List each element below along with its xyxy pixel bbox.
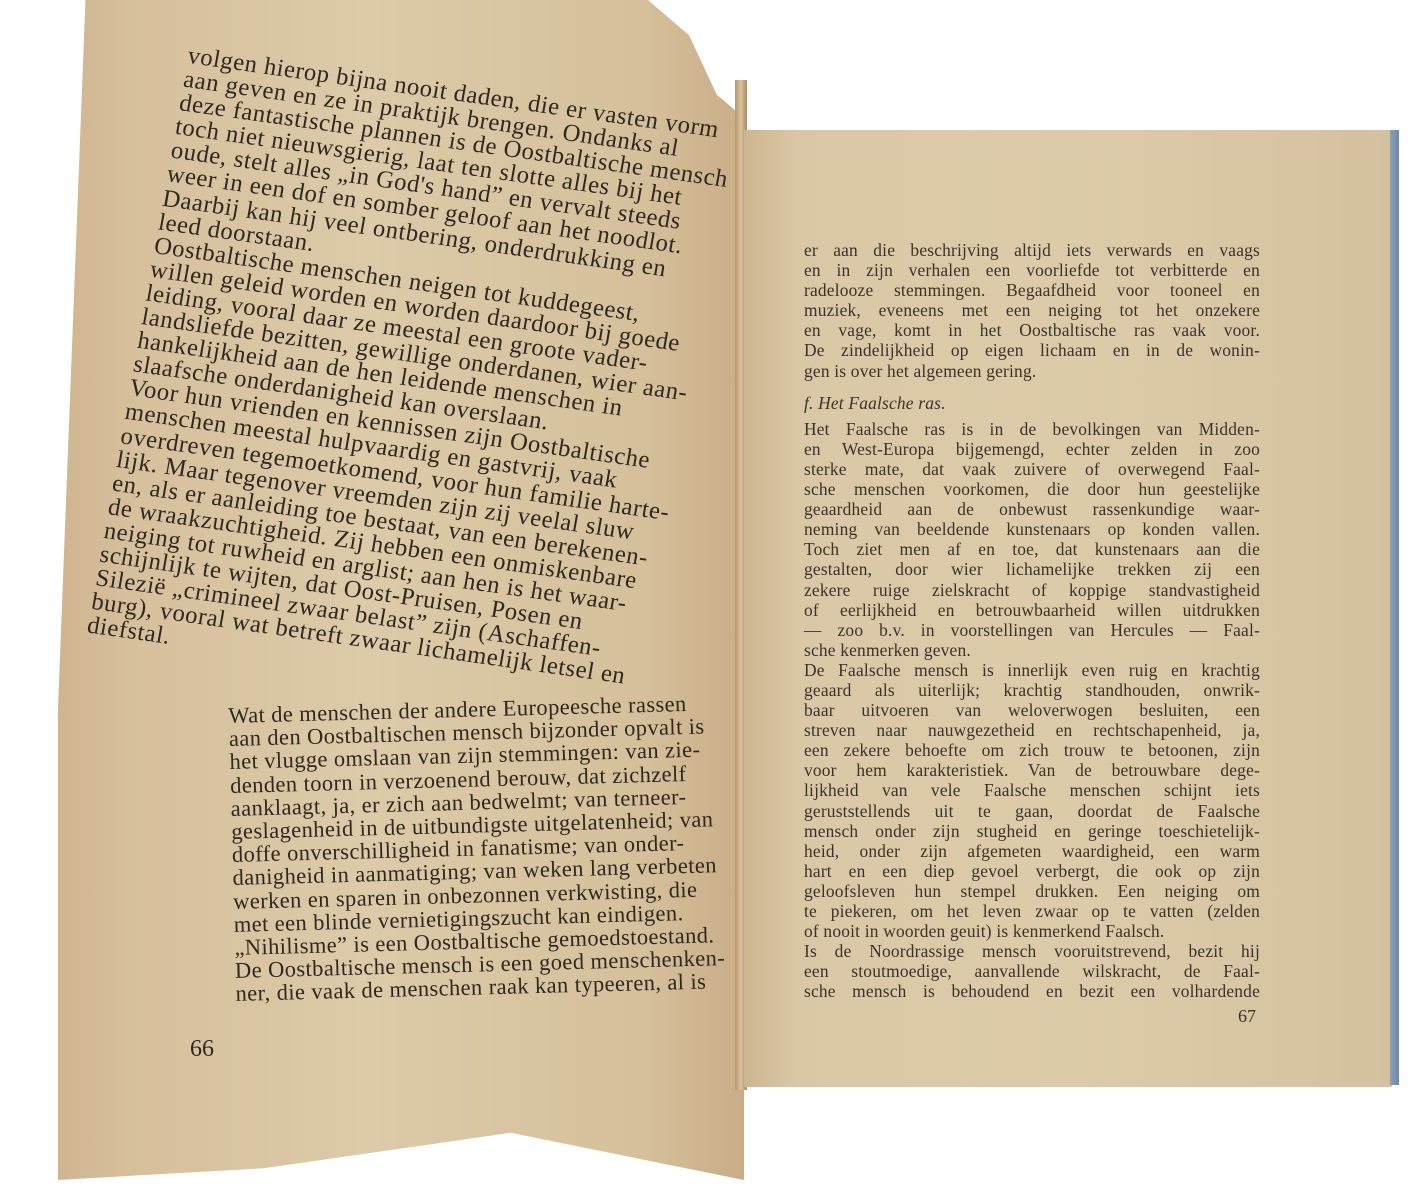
text-line: of nooit in woorden geuit) is kenmerkend… [804,921,1260,941]
text-line: geloofsleven hun stempel drukken. Een ne… [804,881,1260,901]
page-number-left: 66 [190,1036,214,1063]
text-line: baar uitvoeren van weloverwogen besluite… [804,700,1260,720]
text-line: een zekere behoefte om zich trouw te bet… [804,740,1260,760]
page-number-right: 67 [1238,1006,1256,1027]
text-line: De zindelijkheid op eigen lichaam en in … [804,340,1260,360]
text-line: sche kenmerken geven. [804,640,1260,660]
right-page-text: er aan die beschrijving altijd iets verw… [804,240,1260,1001]
text-line: te piekeren, om het leven zwaar op te va… [804,901,1260,921]
text-line: radelooze stemmingen. Begaafdheid voor t… [804,280,1260,300]
text-line: hart en een diep gevoel verbergt, die oo… [804,861,1260,881]
text-line: sche menschen voorkomen, die door hun ge… [804,479,1260,499]
section-heading: f. Het Faalsche ras. [804,393,1260,413]
text-line: voor hem karakteristiek. Van de betrouwb… [804,760,1260,780]
text-line: sche mensch is behoudend en bezit een vo… [804,981,1260,1001]
text-line: zekere ruige zielskracht of koppige stan… [804,580,1260,600]
text-line: een stoutmoedige, aanvallende wilskracht… [804,961,1260,981]
left-page-text-block-2: Wat de menschen der andere Europeesche r… [228,690,756,1005]
text-line: streven naar nauwgezetheid en rechtschap… [804,720,1260,740]
text-line: gestalten, door wier lichamelijke trekke… [804,559,1260,579]
text-line: gen is over het algemeen gering. [804,361,1260,381]
text-line: er aan die beschrijving altijd iets verw… [804,240,1260,260]
text-line: Toch ziet men af en toe, dat kunstenaars… [804,539,1260,559]
text-line: en vage, komt in het Oostbaltische ras v… [804,320,1260,340]
text-line: heid, onder zijn afgemeten waardigheid, … [804,841,1260,861]
cover-edge [1390,130,1399,1085]
text-line: en West-Europa bijgemengd, echter zelden… [804,439,1260,459]
text-line: neming van beeldende kunstenaars op kond… [804,519,1260,539]
text-line: geaard als uiterlijk; krachtig standhoud… [804,680,1260,700]
text-line: lijkheid van vele Faalsche menschen schi… [804,780,1260,800]
text-line: geaardheid aan de onbewust rassenkundige… [804,499,1260,519]
text-line: De Faalsche mensch is innerlijk even rui… [804,660,1260,680]
text-line: mensch onder zijn stugheid en geringe to… [804,821,1260,841]
text-line: en in zijn verhalen een voorliefde tot v… [804,260,1260,280]
left-page-text-block-1: volgen hierop bijna nooit daden, die er … [85,44,705,710]
text-line: of eerlijkheid en betrouwbaarheid willen… [804,600,1260,620]
text-line: sterke mate, dat vaak zuivere of overweg… [804,459,1260,479]
text-line: geruststellends uit te gaan, doordat de … [804,801,1260,821]
text-line: Is de Noordrassige mensch vooruitstreven… [804,941,1260,961]
text-line: Het Faalsche ras is in de bevolkingen va… [804,419,1260,439]
text-line: — zoo b.v. in voorstellingen van Hercule… [804,620,1260,640]
text-line: muziek, eveneens met een neiging tot het… [804,300,1260,320]
